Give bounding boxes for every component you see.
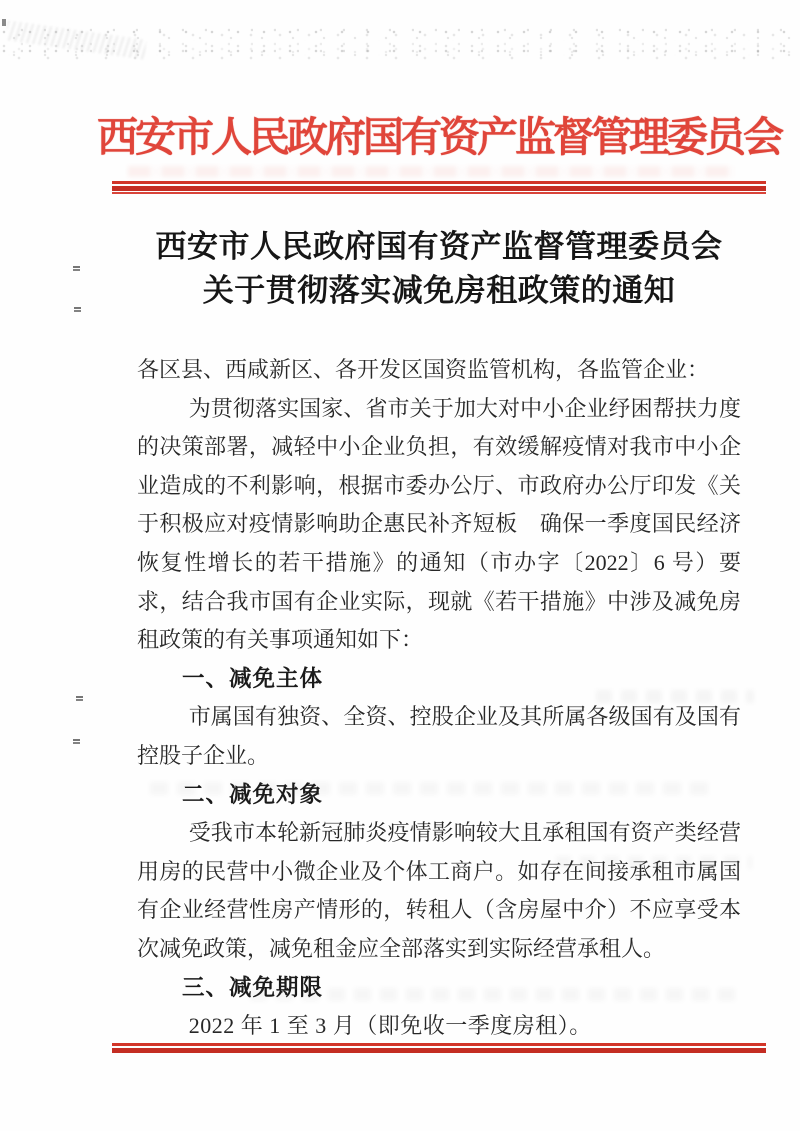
document-title-line2: 关于贯彻落实减免房租政策的通知 [78,269,800,313]
section-3-body: 2022 年 1 至 3 月（即免收一季度房租）。 [137,1007,741,1046]
section-1-heading: 一、减免主体 [137,660,741,699]
letterhead-org-name: 西安市人民政府国有资产监督管理委员会 [78,108,800,166]
scan-ghost-red-text [128,166,734,177]
intro-paragraph: 为贯彻落实国家、省市关于加大对中小企业纾困帮扶力度的决策部署，减轻中小企业负担，… [137,390,741,660]
document-body: 各区县、西咸新区、各开发区国资监管机构，各监管企业： 为贯彻落实国家、省市关于加… [137,351,741,1046]
scan-edge-mark [76,696,83,702]
section-2-body: 受我市本轮新冠肺炎疫情影响较大且承租国有资产类经营用房的民营中小微企业及个体工商… [137,814,741,968]
section-3-heading: 三、减免期限 [137,969,741,1008]
scan-edge-mark [73,739,80,745]
document-title: 西安市人民政府国有资产监督管理委员会 关于贯彻落实减免房租政策的通知 [78,225,800,313]
document-title-line1: 西安市人民政府国有资产监督管理委员会 [78,225,800,269]
footer-rule [112,1043,766,1053]
salutation: 各区县、西咸新区、各开发区国资监管机构，各监管企业： [137,351,741,390]
letterhead-separator-rule [112,181,766,194]
scanned-document-page: 西安市人民政府国有资产监督管理委员会 西安市人民政府国有资产监督管理委员会 关于… [0,0,800,1131]
section-1-body: 市属国有独资、全资、控股企业及其所属各级国有及国有控股子企业。 [137,698,741,775]
section-2-heading: 二、减免对象 [137,776,741,815]
scan-corner-speck [2,19,6,26]
